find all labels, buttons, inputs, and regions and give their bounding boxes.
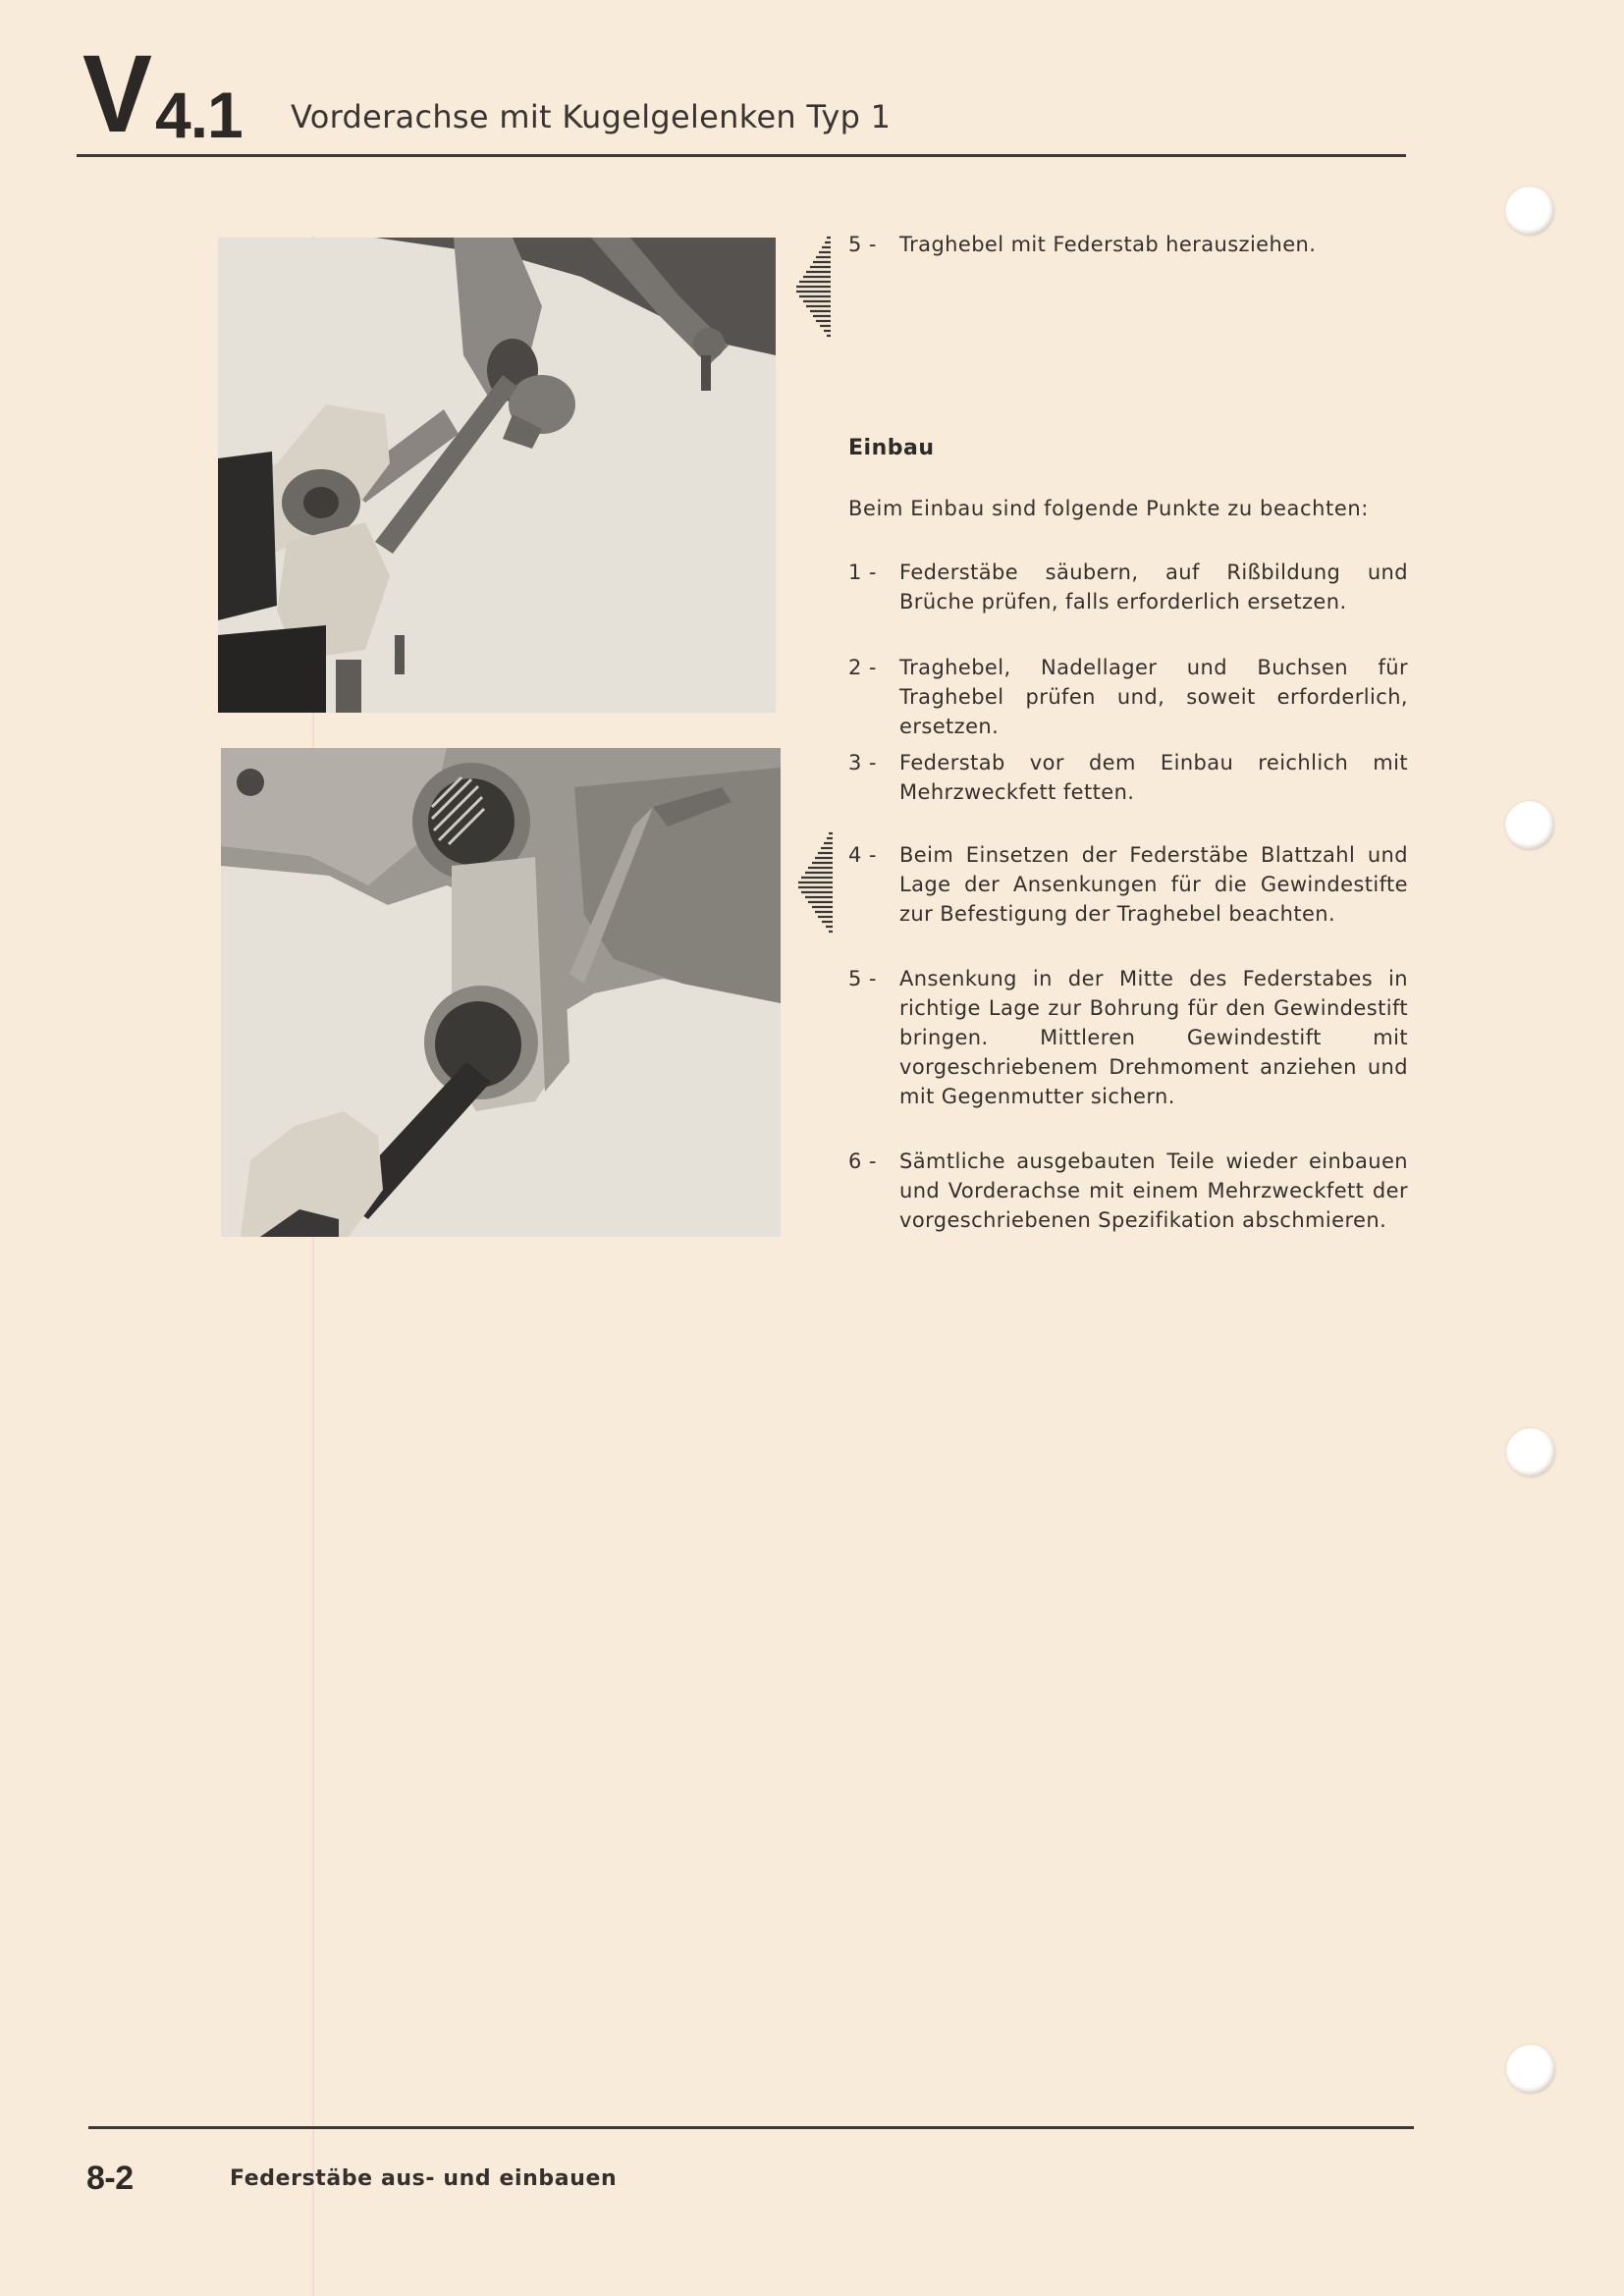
photo-illustration <box>218 238 776 713</box>
installation-step-5: 5 - Ansenkung in der Mitte des Federstab… <box>848 964 1408 1111</box>
arrow-left-hatched-icon <box>793 234 833 340</box>
installation-step-1: 1 - Federstäbe säubern, auf Rißbildung u… <box>848 558 1408 616</box>
section-letter: V <box>82 39 152 149</box>
section-number: 4.1 <box>155 82 243 147</box>
step-number: 6 - <box>848 1147 899 1235</box>
arrow-left-hatched-icon <box>795 829 835 935</box>
step-text: Traghebel, Nadellager und Buchsen für Tr… <box>899 653 1408 741</box>
step-text: Ansenkung in der Mitte des Federstabes i… <box>899 964 1408 1111</box>
removal-step-5: 5 - Traghebel mit Federstab herausziehen… <box>848 230 1408 259</box>
step-text: Traghebel mit Federstab herausziehen. <box>899 230 1408 259</box>
step-number: 5 - <box>848 230 899 259</box>
footer-rule <box>88 2126 1414 2129</box>
step-text: Federstab vor dem Einbau reichlich mit M… <box>899 748 1408 807</box>
installation-intro: Beim Einbau sind folgende Punkte zu beac… <box>848 497 1369 520</box>
step-number: 5 - <box>848 964 899 1111</box>
installation-step-6: 6 - Sämtliche ausgebauten Teile wieder e… <box>848 1147 1408 1235</box>
step-text: Sämtliche ausgebauten Teile wieder einba… <box>899 1147 1408 1235</box>
photo-removing-trailing-arm <box>218 238 776 713</box>
step-number: 1 - <box>848 558 899 616</box>
footer-title: Federstäbe aus- und einbauen <box>230 2166 617 2191</box>
binder-hole <box>1506 1428 1555 1477</box>
installation-step-3: 3 - Federstab vor dem Einbau reichlich m… <box>848 748 1408 807</box>
installation-step-2: 2 - Traghebel, Nadellager und Buchsen fü… <box>848 653 1408 741</box>
photo-inserting-torsion-bar <box>221 748 781 1237</box>
photo-illustration <box>221 748 781 1237</box>
step-text: Federstäbe säubern, auf Rißbildung und B… <box>899 558 1408 616</box>
header-rule <box>77 154 1406 157</box>
binder-hole <box>1505 801 1554 850</box>
page-title: Vorderachse mit Kugelgelenken Typ 1 <box>291 101 891 133</box>
binder-hole <box>1505 187 1554 236</box>
step-text: Beim Einsetzen der Federstäbe Blattzahl … <box>899 840 1408 929</box>
step-number: 3 - <box>848 748 899 807</box>
section-heading-einbau: Einbau <box>848 436 935 460</box>
step-number: 4 - <box>848 840 899 929</box>
step-number: 2 - <box>848 653 899 741</box>
page-number: 8-2 <box>86 2160 134 2198</box>
installation-step-4: 4 - Beim Einsetzen der Federstäbe Blattz… <box>848 840 1408 929</box>
binder-hole <box>1506 2045 1555 2094</box>
